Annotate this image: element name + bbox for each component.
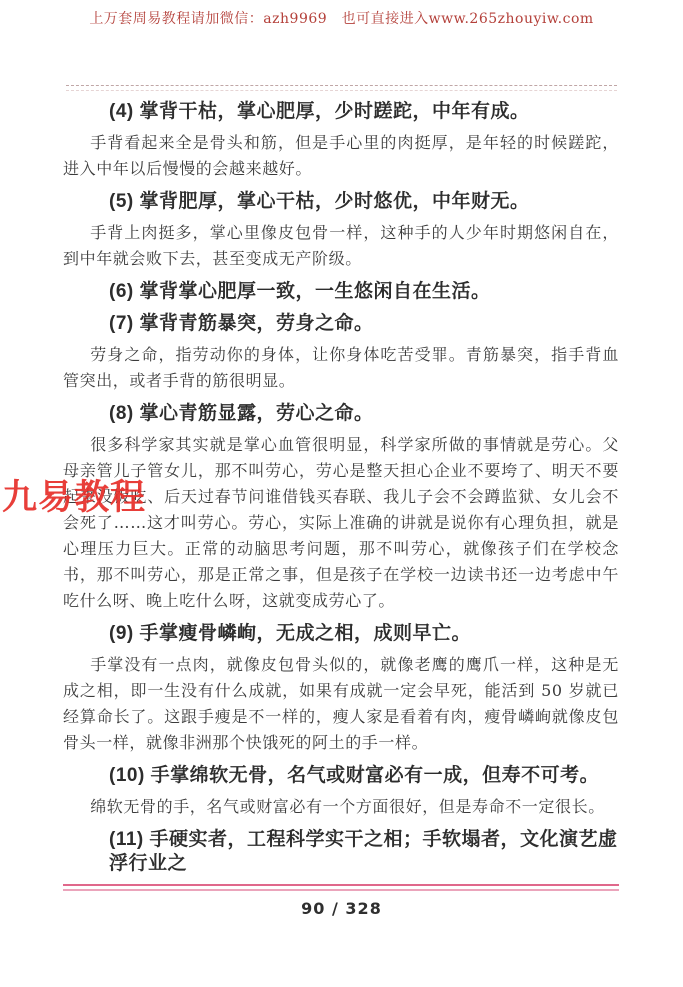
section-heading-4: (4) 掌背干枯，掌心肥厚，少时蹉跎，中年有成。 (63, 100, 619, 124)
bottom-divider (63, 884, 619, 891)
paragraph: 手背上肉挺多，掌心里像皮包骨一样，这种手的人少年时期悠闲自在，到中年就会败下去，… (63, 220, 619, 272)
document-page: 上万套周易教程请加微信：azh9969 也可直接进入www.265zhouyiw… (0, 0, 683, 987)
section-heading-5: (5) 掌背肥厚，掌心干枯，少时悠优，中年财无。 (63, 190, 619, 214)
section-heading-9: (9) 手掌瘦骨嶙峋，无成之相，成则早亡。 (63, 622, 619, 646)
section-heading-10: (10) 手掌绵软无骨，名气或财富必有一成，但寿不可考。 (63, 764, 619, 788)
promo-header-text: 上万套周易教程请加微信：azh9969 也可直接进入www.265zhouyiw… (0, 8, 683, 28)
paragraph: 很多科学家其实就是掌心血管很明显，科学家所做的事情就是劳心。父母亲管儿子管女儿，… (63, 432, 619, 614)
paragraph: 手背看起来全是骨头和筋，但是手心里的肉挺厚，是年轻的时候蹉跎，进入中年以后慢慢的… (63, 130, 619, 182)
section-heading-6: (6) 掌背掌心肥厚一致，一生悠闲自在生活。 (63, 280, 619, 304)
paragraph: 手掌没有一点肉，就像皮包骨头似的，就像老鹰的鹰爪一样，这种是无成之相，即一生没有… (63, 652, 619, 756)
section-heading-7: (7) 掌背青筋暴突，劳身之命。 (63, 312, 619, 336)
paragraph: 劳身之命，指劳动你的身体，让你身体吃苦受罪。青筋暴突，指手背血管突出，或者手背的… (63, 342, 619, 394)
content-area: (4) 掌背干枯，掌心肥厚，少时蹉跎，中年有成。 手背看起来全是骨头和筋，但是手… (63, 92, 619, 882)
section-heading-8: (8) 掌心青筋显露，劳心之命。 (63, 402, 619, 426)
page-number: 90 / 328 (0, 899, 683, 918)
section-heading-11: (11) 手硬实者，工程科学实干之相；手软塌者，文化演艺虚浮行业之 (63, 828, 619, 876)
top-divider (66, 85, 617, 91)
paragraph: 绵软无骨的手，名气或财富必有一个方面很好，但是寿命不一定很长。 (63, 794, 619, 820)
